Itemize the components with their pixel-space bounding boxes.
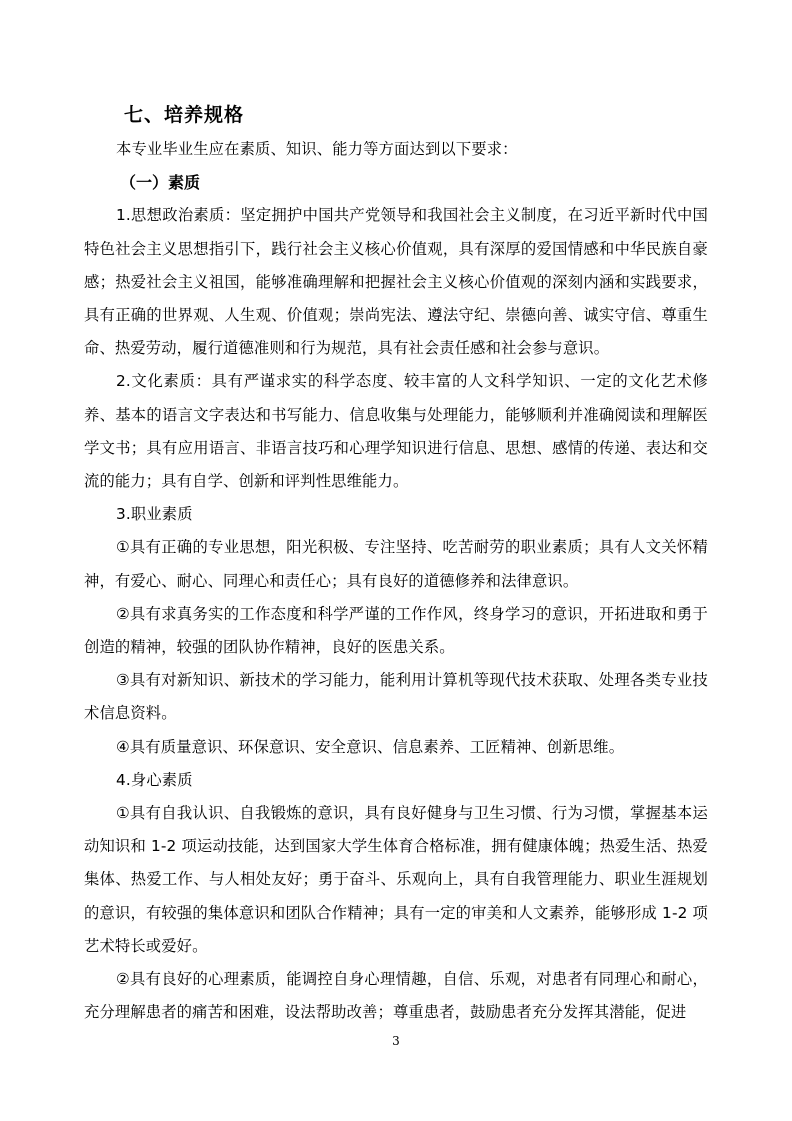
paragraph-professional-4: ④具有质量意识、环保意识、安全意识、信息素养、工匠精神、创新思维。 (84, 731, 708, 764)
paragraph-professional-1: ①具有正确的专业思想，阳光积极、专注坚持、吃苦耐劳的职业素质；具有人文关怀精神，… (84, 531, 708, 597)
paragraph-professional-3: ③具有对新知识、新技术的学习能力，能利用计算机等现代技术获取、处理各类专业技术信… (84, 664, 708, 730)
heading-professional: 3.职业素质 (84, 498, 708, 531)
section-title: 七、培养规格 (124, 100, 244, 127)
paragraph-political: 1.思想政治素质：坚定拥护中国共产党领导和我国社会主义制度，在习近平新时代中国特… (84, 199, 708, 365)
intro-paragraph: 本专业毕业生应在素质、知识、能力等方面达到以下要求： (84, 133, 708, 166)
paragraph-professional-2: ②具有求真务实的工作态度和科学严谨的工作作风，终身学习的意识，开拓进取和勇于创造… (84, 598, 708, 664)
page-number: 3 (0, 1034, 792, 1048)
paragraph-cultural: 2.文化素质：具有严谨求实的科学态度、较丰富的人文科学知识、一定的文化艺术修养、… (84, 365, 708, 498)
subsection-title: （一）素质 (84, 166, 708, 199)
heading-physical-mental: 4.身心素质 (84, 764, 708, 797)
paragraph-physical-mental-1: ①具有自我认识、自我锻炼的意识，具有良好健身与卫生习惯、行为习惯，掌握基本运动知… (84, 797, 708, 963)
paragraph-physical-mental-2: ②具有良好的心理素质，能调控自身心理情趣，自信、乐观，对患者有同理心和耐心，充分… (84, 963, 708, 1029)
document-body: 本专业毕业生应在素质、知识、能力等方面达到以下要求： （一）素质 1.思想政治素… (84, 133, 708, 1029)
